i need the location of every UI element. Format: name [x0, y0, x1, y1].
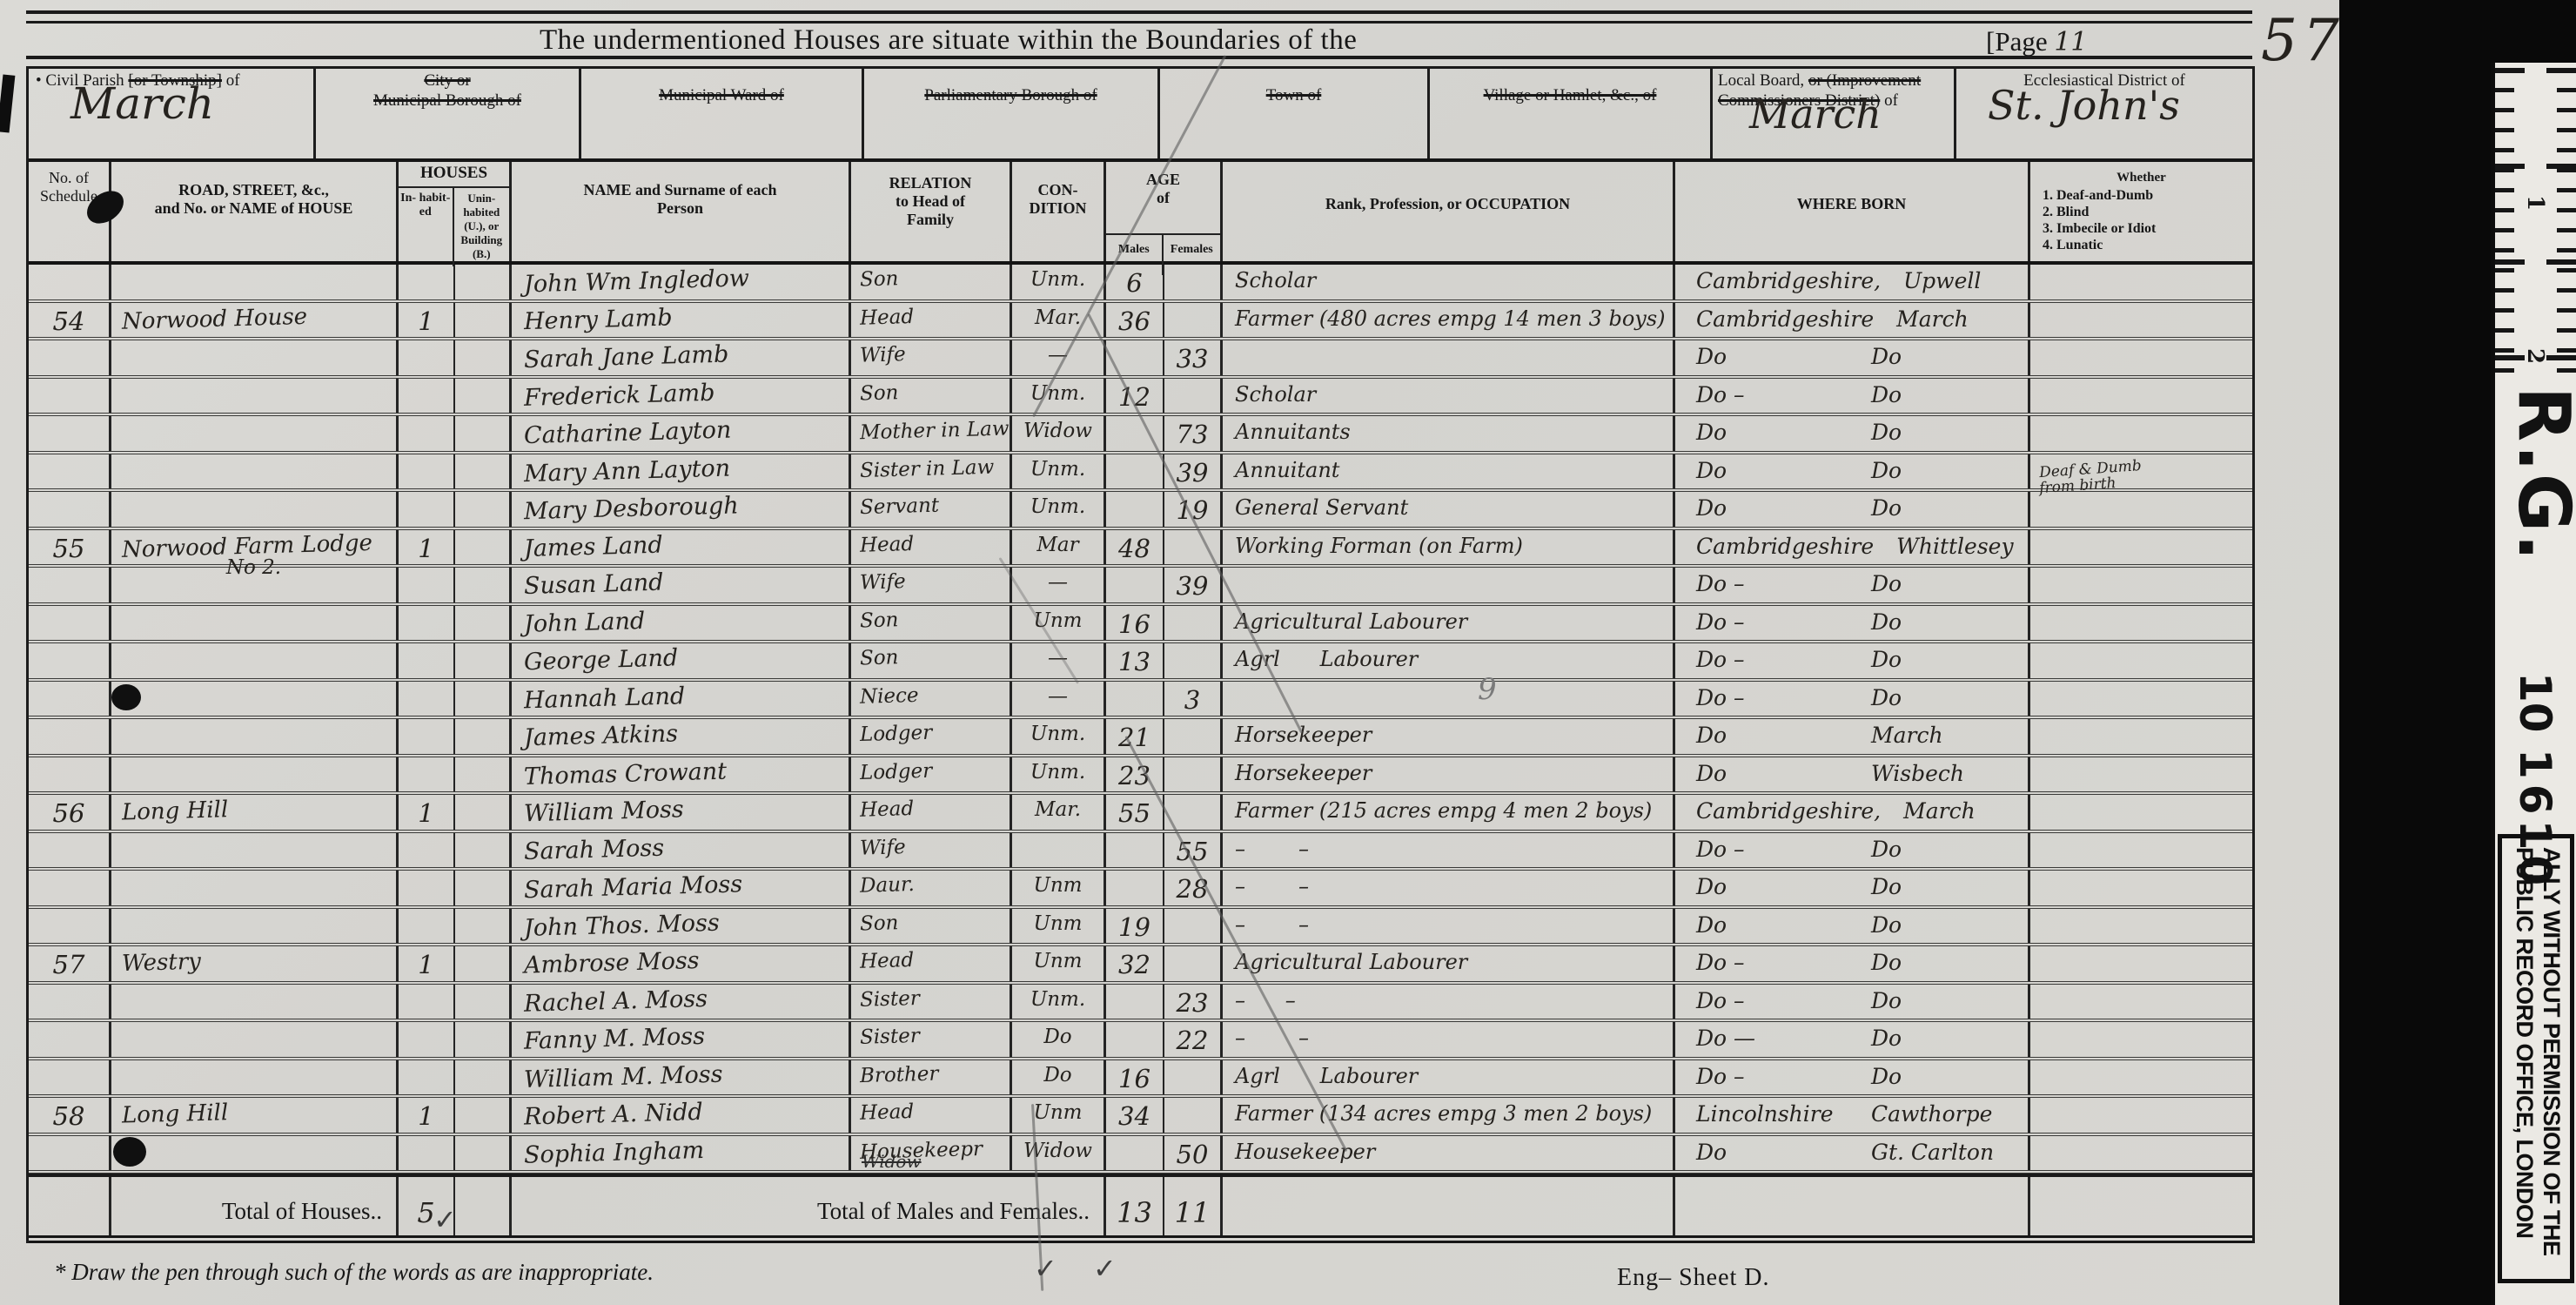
cell-occupation: Annuitant — [1223, 454, 1675, 489]
cell-houses-inhabited — [399, 340, 455, 375]
cell-occupation: – – — [1223, 1022, 1675, 1057]
cell-relation: Son — [851, 606, 1012, 641]
cell-person-name: John Land — [512, 606, 851, 641]
cell-infirmity — [2030, 1136, 2252, 1171]
cell-infirmity — [2030, 833, 2252, 868]
cell-infirmity — [2030, 795, 2252, 830]
cell-infirmity — [2030, 1098, 2252, 1133]
table-row: Sarah Maria Moss Daur. Unm 28 – – DoDo — [29, 871, 2252, 909]
cell-schedule-number: 55 — [29, 530, 111, 565]
civil-parish-value: March — [70, 94, 214, 114]
cell-houses-uninhabited — [455, 795, 512, 830]
cell-condition: Widow — [1012, 1136, 1106, 1171]
table-row: 58 Long Hill 1 Robert A. Nidd Head Unm 3… — [29, 1098, 2252, 1136]
table-row: 57 Westry 1 Ambrose Moss Head Unm 32 Agr… — [29, 946, 2252, 985]
copyright-notice-line1: ALLY WITHOUT PERMISSION OF THE — [2538, 847, 2565, 1279]
cell-person-name: James Land — [512, 530, 851, 565]
page-word: [Page — [1986, 26, 2048, 57]
cell-age-male: 19 — [1106, 909, 1164, 944]
cell-houses-inhabited — [399, 379, 455, 414]
column-header-condition: CON- DITION — [1012, 162, 1106, 261]
pencil-mark-nine: 9 — [1478, 672, 1497, 707]
cell-houses-uninhabited — [455, 643, 512, 678]
cell-condition: Mar. — [1012, 795, 1106, 830]
cell-infirmity — [2030, 1060, 2252, 1095]
cell-person-name: Sophia Ingham — [512, 1136, 851, 1171]
cell-infirmity — [2030, 757, 2252, 792]
cell-houses-uninhabited — [455, 454, 512, 489]
cell-condition — [1012, 833, 1106, 868]
cell-road-name: Long Hill — [111, 795, 399, 830]
cell-road-name — [111, 909, 399, 944]
cell-age-male — [1106, 871, 1164, 905]
cell-road-name — [111, 568, 399, 602]
ink-edge-mark — [0, 74, 15, 132]
cell-where-born: Do –Do — [1675, 643, 2030, 678]
cell-age-female: 23 — [1164, 985, 1223, 1019]
column-header-uninhabited: Unin- habited (U.), or Building (B.) — [454, 188, 509, 266]
cell-age-male: 16 — [1106, 606, 1164, 641]
cell-relation: Son — [851, 379, 1012, 414]
cell-schedule-number: 57 — [29, 946, 111, 981]
cell-relation: Son — [851, 643, 1012, 678]
cell-road-name — [111, 985, 399, 1019]
total-males-females-label: Total of Males and Females.. — [512, 1177, 1106, 1235]
cell-infirmity — [2030, 946, 2252, 981]
cell-schedule-number — [29, 719, 111, 754]
cell-age-female: 73 — [1164, 416, 1223, 451]
field-ecclesiastical-district: Ecclesiastical District of St. John's — [1956, 66, 2252, 158]
cell-infirmity — [2030, 340, 2252, 375]
cell-age-male: 13 — [1106, 643, 1164, 678]
cell-age-male: 48 — [1106, 530, 1164, 565]
column-header-houses: HOUSES In- habit- ed Unin- habited (U.),… — [399, 162, 512, 261]
cell-where-born: CambridgeshireMarch — [1675, 303, 2030, 338]
cell-age-male: 21 — [1106, 719, 1164, 754]
cell-condition: Unm — [1012, 946, 1106, 981]
cell-age-male: 55 — [1106, 795, 1164, 830]
cell-person-name: Fanny M. Moss — [512, 1022, 851, 1057]
cell-person-name: Hannah Land — [512, 682, 851, 716]
cell-houses-inhabited — [399, 682, 455, 716]
cell-houses-inhabited — [399, 909, 455, 944]
cell-condition: Unm. — [1012, 985, 1106, 1019]
table-row: 56 Long Hill 1 William Moss Head Mar. 55… — [29, 795, 2252, 833]
ecclesiastical-value: St. John's — [1988, 96, 2180, 116]
table-row: James Atkins Lodger Unm. 21 Horsekeeper … — [29, 719, 2252, 757]
cell-condition: Widow — [1012, 416, 1106, 451]
cell-age-female — [1164, 606, 1223, 641]
cell-relation: Sister in Law — [851, 454, 1012, 489]
cell-relation: Son — [851, 909, 1012, 944]
cell-infirmity — [2030, 530, 2252, 565]
table-row: Sarah Jane Lamb Wife — 33 DoDo — [29, 340, 2252, 379]
cell-houses-uninhabited — [455, 909, 512, 944]
cell-person-name: Susan Land — [512, 568, 851, 602]
cell-where-born: Do –Do — [1675, 833, 2030, 868]
cell-houses-inhabited — [399, 757, 455, 792]
cell-where-born: DoDo — [1675, 454, 2030, 489]
table-row: John Land Son Unm 16 Agricultural Labour… — [29, 606, 2252, 644]
district-header-band: • Civil Parish [or Township] of March Ci… — [29, 66, 2252, 162]
table-row: 55 Norwood Farm Lodge No 2. 1 James Land… — [29, 530, 2252, 568]
cell-relation: Daur. — [851, 871, 1012, 905]
cell-road-name: Norwood Farm Lodge No 2. — [111, 530, 399, 565]
cell-condition: Mar — [1012, 530, 1106, 565]
cell-age-male — [1106, 1136, 1164, 1171]
cell-schedule-number — [29, 833, 111, 868]
cell-road-name — [111, 833, 399, 868]
cell-road-name: Long Hill — [111, 1098, 399, 1133]
cell-schedule-number — [29, 379, 111, 414]
cell-houses-inhabited — [399, 606, 455, 641]
table-row: Sarah Moss Wife 55 – – Do –Do — [29, 833, 2252, 871]
cell-relation: Brother — [851, 1060, 1012, 1095]
cell-where-born: DoDo — [1675, 416, 2030, 451]
cell-condition: Unm — [1012, 871, 1106, 905]
table-row: Rachel A. Moss Sister Unm. 23 – – Do –Do — [29, 985, 2252, 1023]
cell-infirmity — [2030, 606, 2252, 641]
cell-occupation: Farmer (480 acres empg 14 men 3 boys) — [1223, 303, 1675, 338]
cell-infirmity — [2030, 416, 2252, 451]
cell-age-female — [1164, 265, 1223, 299]
cell-schedule-number: 56 — [29, 795, 111, 830]
cell-infirmity — [2030, 568, 2252, 602]
cell-person-name: Ambrose Moss — [512, 946, 851, 981]
cell-infirmity — [2030, 871, 2252, 905]
cell-age-male — [1106, 568, 1164, 602]
table-row: George Land Son — 13 Agrl Labourer Do –D… — [29, 643, 2252, 682]
table-row: Catharine Layton Mother in Law Widow 73 … — [29, 416, 2252, 454]
cell-houses-inhabited — [399, 492, 455, 527]
cell-where-born: Do –Do — [1675, 682, 2030, 716]
cell-schedule-number — [29, 568, 111, 602]
cell-condition: — — [1012, 568, 1106, 602]
cell-road-name — [111, 757, 399, 792]
cell-road-name — [111, 340, 399, 375]
cell-relation: Head — [851, 530, 1012, 565]
cell-infirmity — [2030, 985, 2252, 1019]
page-label: [Page 11 — [1986, 26, 2088, 57]
table-row: Sophia Ingham Widow Housekeepr Widow 50 … — [29, 1136, 2252, 1174]
cell-infirmity — [2030, 719, 2252, 754]
local-board-value: March — [1749, 104, 1882, 124]
cell-houses-uninhabited — [455, 1136, 512, 1171]
cell-where-born: LincolnshireCawthorpe — [1675, 1098, 2030, 1133]
cell-houses-uninhabited — [455, 1098, 512, 1133]
check-mark: ✓ — [1034, 1252, 1057, 1285]
cell-where-born: Cambridgeshire,Upwell — [1675, 265, 2030, 299]
cell-schedule-number — [29, 757, 111, 792]
cell-where-born: Do –Do — [1675, 1060, 2030, 1095]
archive-reference-rg: R.G. — [2502, 387, 2576, 562]
totals-born-cell — [1675, 1177, 2030, 1235]
cell-age-male: 36 — [1106, 303, 1164, 338]
cell-houses-uninhabited — [455, 1060, 512, 1095]
cell-relation: Widow Housekeepr — [851, 1136, 1012, 1171]
cell-schedule-number — [29, 416, 111, 451]
cell-schedule-number — [29, 643, 111, 678]
cell-relation: Lodger — [851, 757, 1012, 792]
cell-occupation: Working Forman (on Farm) — [1223, 530, 1675, 565]
cell-occupation: Annuitants — [1223, 416, 1675, 451]
copyright-notice-box: ALLY WITHOUT PERMISSION OF THE PUBLIC RE… — [2498, 834, 2574, 1283]
cell-occupation: Agricultural Labourer — [1223, 946, 1675, 981]
cell-schedule-number: 58 — [29, 1098, 111, 1133]
cell-schedule-number — [29, 909, 111, 944]
cell-houses-inhabited — [399, 265, 455, 299]
cell-houses-inhabited: 1 — [399, 795, 455, 830]
column-header-name: NAME and Surname of each Person — [512, 162, 851, 261]
cell-road-name — [111, 606, 399, 641]
cell-houses-uninhabited — [455, 682, 512, 716]
cell-condition: Do — [1012, 1060, 1106, 1095]
cell-person-name: William M. Moss — [512, 1060, 851, 1095]
cell-occupation: Horsekeeper — [1223, 757, 1675, 792]
ink-blot — [111, 684, 141, 710]
table-row: Frederick Lamb Son Unm. 12 Scholar Do –D… — [29, 379, 2252, 417]
census-form-paper: The undermentioned Houses are situate wi… — [0, 0, 2339, 1305]
cell-houses-uninhabited — [455, 757, 512, 792]
cell-occupation: Agrl Labourer — [1223, 1060, 1675, 1095]
copyright-notice-line2: PUBLIC RECORD OFFICE, LONDON — [2511, 847, 2538, 1279]
column-header-occupation: Rank, Profession, or OCCUPATION — [1223, 162, 1675, 261]
cell-road-name: Norwood House — [111, 303, 399, 338]
cell-relation: Head — [851, 1098, 1012, 1133]
cell-where-born: Do –Do — [1675, 379, 2030, 414]
cell-infirmity — [2030, 682, 2252, 716]
cell-condition: Unm. — [1012, 492, 1106, 527]
field-town: Town of — [1160, 66, 1430, 158]
total-females-value: 11 — [1164, 1177, 1223, 1235]
cell-houses-uninhabited — [455, 568, 512, 602]
cell-age-female — [1164, 303, 1223, 338]
cell-where-born: Do –Do — [1675, 946, 2030, 981]
cell-schedule-number — [29, 340, 111, 375]
total-houses-label: Total of Houses.. — [111, 1177, 399, 1235]
folio-number: 57 — [2261, 7, 2345, 74]
cell-age-male: 16 — [1106, 1060, 1164, 1095]
cell-occupation: Agricultural Labourer — [1223, 606, 1675, 641]
cell-infirmity — [2030, 303, 2252, 338]
cell-relation: Wife — [851, 340, 1012, 375]
census-page-scan: The undermentioned Houses are situate wi… — [0, 0, 2576, 1305]
column-header-where-born: WHERE BORN — [1675, 162, 2030, 261]
cell-schedule-number: 54 — [29, 303, 111, 338]
cell-occupation: Scholar — [1223, 379, 1675, 414]
cell-person-name: John Wm Ingledow — [512, 265, 851, 299]
cell-age-male: 6 — [1106, 265, 1164, 299]
cell-person-name: George Land — [512, 643, 851, 678]
cell-houses-uninhabited — [455, 492, 512, 527]
cell-occupation: Scholar — [1223, 265, 1675, 299]
cell-where-born: Do —Do — [1675, 1022, 2030, 1057]
cell-road-name — [111, 1022, 399, 1057]
ruler-number-1: 1 — [2522, 195, 2548, 211]
field-parliamentary-borough: Parliamentary Borough of — [864, 66, 1160, 158]
cell-houses-uninhabited — [455, 265, 512, 299]
form-title: The undermentioned Houses are situate wi… — [540, 24, 1357, 57]
totals-schedule-cell — [29, 1177, 111, 1235]
cell-schedule-number — [29, 1022, 111, 1057]
cell-houses-uninhabited — [455, 303, 512, 338]
table-row: Fanny M. Moss Sister Do 22 – – Do —Do — [29, 1022, 2252, 1060]
cell-schedule-number — [29, 1060, 111, 1095]
cell-road-name — [111, 379, 399, 414]
cell-occupation: Farmer (215 acres empg 4 men 2 boys) — [1223, 795, 1675, 830]
cell-person-name: Mary Ann Layton — [512, 454, 851, 489]
cell-where-born: DoDo — [1675, 909, 2030, 944]
cell-age-male — [1106, 833, 1164, 868]
cell-occupation: – – — [1223, 985, 1675, 1019]
cell-age-male: 34 — [1106, 1098, 1164, 1133]
column-header-relation: RELATION to Head of Family — [851, 162, 1012, 261]
cell-relation: Wife — [851, 568, 1012, 602]
cell-houses-inhabited — [399, 568, 455, 602]
table-row: Hannah Land Niece — 3 Do –Do — [29, 682, 2252, 720]
cell-person-name: Mary Desborough — [512, 492, 851, 527]
cell-road-name — [111, 719, 399, 754]
column-header-road: ROAD, STREET, &c., and No. or NAME of HO… — [111, 162, 399, 261]
cell-person-name: Rachel A. Moss — [512, 985, 851, 1019]
cell-person-name: Catharine Layton — [512, 416, 851, 451]
cell-condition: Unm. — [1012, 719, 1106, 754]
cell-houses-uninhabited — [455, 606, 512, 641]
cell-person-name: Thomas Crowant — [512, 757, 851, 792]
cell-houses-uninhabited — [455, 833, 512, 868]
cell-houses-uninhabited — [455, 530, 512, 565]
cell-person-name: William Moss — [512, 795, 851, 830]
cell-person-name: Sarah Jane Lamb — [512, 340, 851, 375]
table-row: Mary Desborough Servant Unm. 19 General … — [29, 492, 2252, 530]
ruler-ticks-long — [2546, 68, 2576, 378]
column-header-inhabited: In- habit- ed — [399, 188, 454, 266]
cell-condition: Unm. — [1012, 454, 1106, 489]
cell-infirmity — [2030, 265, 2252, 299]
cell-houses-inhabited — [399, 643, 455, 678]
totals-occupation-cell — [1223, 1177, 1675, 1235]
cell-relation: Mother in Law — [851, 416, 1012, 451]
cell-age-female — [1164, 379, 1223, 414]
cell-where-born: DoMarch — [1675, 719, 2030, 754]
archive-film-strip: 1 2 R.G. 10 1610 ALLY WITHOUT PERMISSION… — [2491, 63, 2576, 1305]
ruler-number-2: 2 — [2522, 348, 2548, 364]
totals-uninhabited-cell — [455, 1177, 512, 1235]
cell-infirmity: Deaf & Dumb from birth — [2030, 454, 2252, 489]
cell-condition: Unm — [1012, 606, 1106, 641]
ruler: 1 2 — [2495, 68, 2576, 378]
cell-age-female — [1164, 643, 1223, 678]
table-body: John Wm Ingledow Son Unm. 6 Scholar Camb… — [29, 265, 2252, 1174]
table-row: William M. Moss Brother Do 16 Agrl Labou… — [29, 1060, 2252, 1099]
cell-age-male — [1106, 492, 1164, 527]
cell-relation: Niece — [851, 682, 1012, 716]
cell-age-female: 3 — [1164, 682, 1223, 716]
cell-relation: Servant — [851, 492, 1012, 527]
cell-houses-inhabited: 1 — [399, 946, 455, 981]
cell-age-female — [1164, 1060, 1223, 1095]
cell-road-name — [111, 643, 399, 678]
table-row: Susan Land Wife — 39 Do –Do — [29, 568, 2252, 606]
cell-person-name: Robert A. Nidd — [512, 1098, 851, 1133]
cell-age-female — [1164, 757, 1223, 792]
cell-age-female — [1164, 909, 1223, 944]
cell-where-born: DoDo — [1675, 492, 2030, 527]
field-local-board: Local Board, or (Improvement Commissione… — [1713, 66, 1956, 158]
check-mark: ✓ — [1093, 1252, 1117, 1285]
table-row: 54 Norwood House 1 Henry Lamb Head Mar. … — [29, 303, 2252, 341]
cell-where-born: DoGt. Carlton — [1675, 1136, 2030, 1171]
cell-road-name — [111, 454, 399, 489]
cell-condition: Unm. — [1012, 265, 1106, 299]
cell-age-female — [1164, 946, 1223, 981]
cell-age-male — [1106, 1022, 1164, 1057]
cell-relation: Son — [851, 265, 1012, 299]
cell-schedule-number — [29, 606, 111, 641]
cell-schedule-number — [29, 682, 111, 716]
cell-condition: Unm. — [1012, 379, 1106, 414]
check-mark: ✓ — [433, 1203, 457, 1236]
cell-houses-inhabited — [399, 833, 455, 868]
cell-age-male — [1106, 682, 1164, 716]
cell-road-name — [111, 416, 399, 451]
cell-where-born: DoDo — [1675, 871, 2030, 905]
cell-age-male: 23 — [1106, 757, 1164, 792]
field-municipal-borough: City or Municipal Borough of — [316, 66, 581, 158]
cell-infirmity — [2030, 492, 2252, 527]
cell-road-name — [111, 1136, 399, 1171]
cell-person-name: Frederick Lamb — [512, 379, 851, 414]
cell-condition: Unm — [1012, 909, 1106, 944]
cell-age-female — [1164, 719, 1223, 754]
cell-age-male — [1106, 985, 1164, 1019]
cell-houses-inhabited — [399, 1022, 455, 1057]
cell-age-male — [1106, 454, 1164, 489]
cell-infirmity — [2030, 643, 2252, 678]
cell-houses-uninhabited — [455, 946, 512, 981]
cell-where-born: DoWisbech — [1675, 757, 2030, 792]
cell-age-female: 33 — [1164, 340, 1223, 375]
cell-schedule-number — [29, 492, 111, 527]
cell-where-born: Do –Do — [1675, 568, 2030, 602]
cell-houses-uninhabited — [455, 416, 512, 451]
total-males-value: 13 — [1106, 1177, 1164, 1235]
cell-age-female: 39 — [1164, 568, 1223, 602]
cell-houses-inhabited — [399, 454, 455, 489]
cell-where-born: Cambridgeshire,March — [1675, 795, 2030, 830]
cell-condition: — — [1012, 682, 1106, 716]
census-sheet: • Civil Parish [or Township] of March Ci… — [26, 66, 2255, 1243]
cell-age-female: 50 — [1164, 1136, 1223, 1171]
cell-road-name — [111, 1060, 399, 1095]
cell-person-name: Henry Lamb — [512, 303, 851, 338]
cell-occupation: – – — [1223, 871, 1675, 905]
cell-houses-inhabited: 1 — [399, 530, 455, 565]
cell-road-name — [111, 492, 399, 527]
cell-where-born: Do –Do — [1675, 985, 2030, 1019]
cell-houses-inhabited — [399, 1060, 455, 1095]
cell-schedule-number — [29, 1136, 111, 1171]
cell-relation: Wife — [851, 833, 1012, 868]
cell-occupation: – – — [1223, 909, 1675, 944]
sheet-label: Eng– Sheet D. — [1617, 1264, 1770, 1292]
cell-road-name — [111, 265, 399, 299]
cell-age-female: 22 — [1164, 1022, 1223, 1057]
cell-infirmity — [2030, 1022, 2252, 1057]
cell-occupation: – – — [1223, 833, 1675, 868]
cell-schedule-number — [29, 985, 111, 1019]
cell-road-name — [111, 682, 399, 716]
